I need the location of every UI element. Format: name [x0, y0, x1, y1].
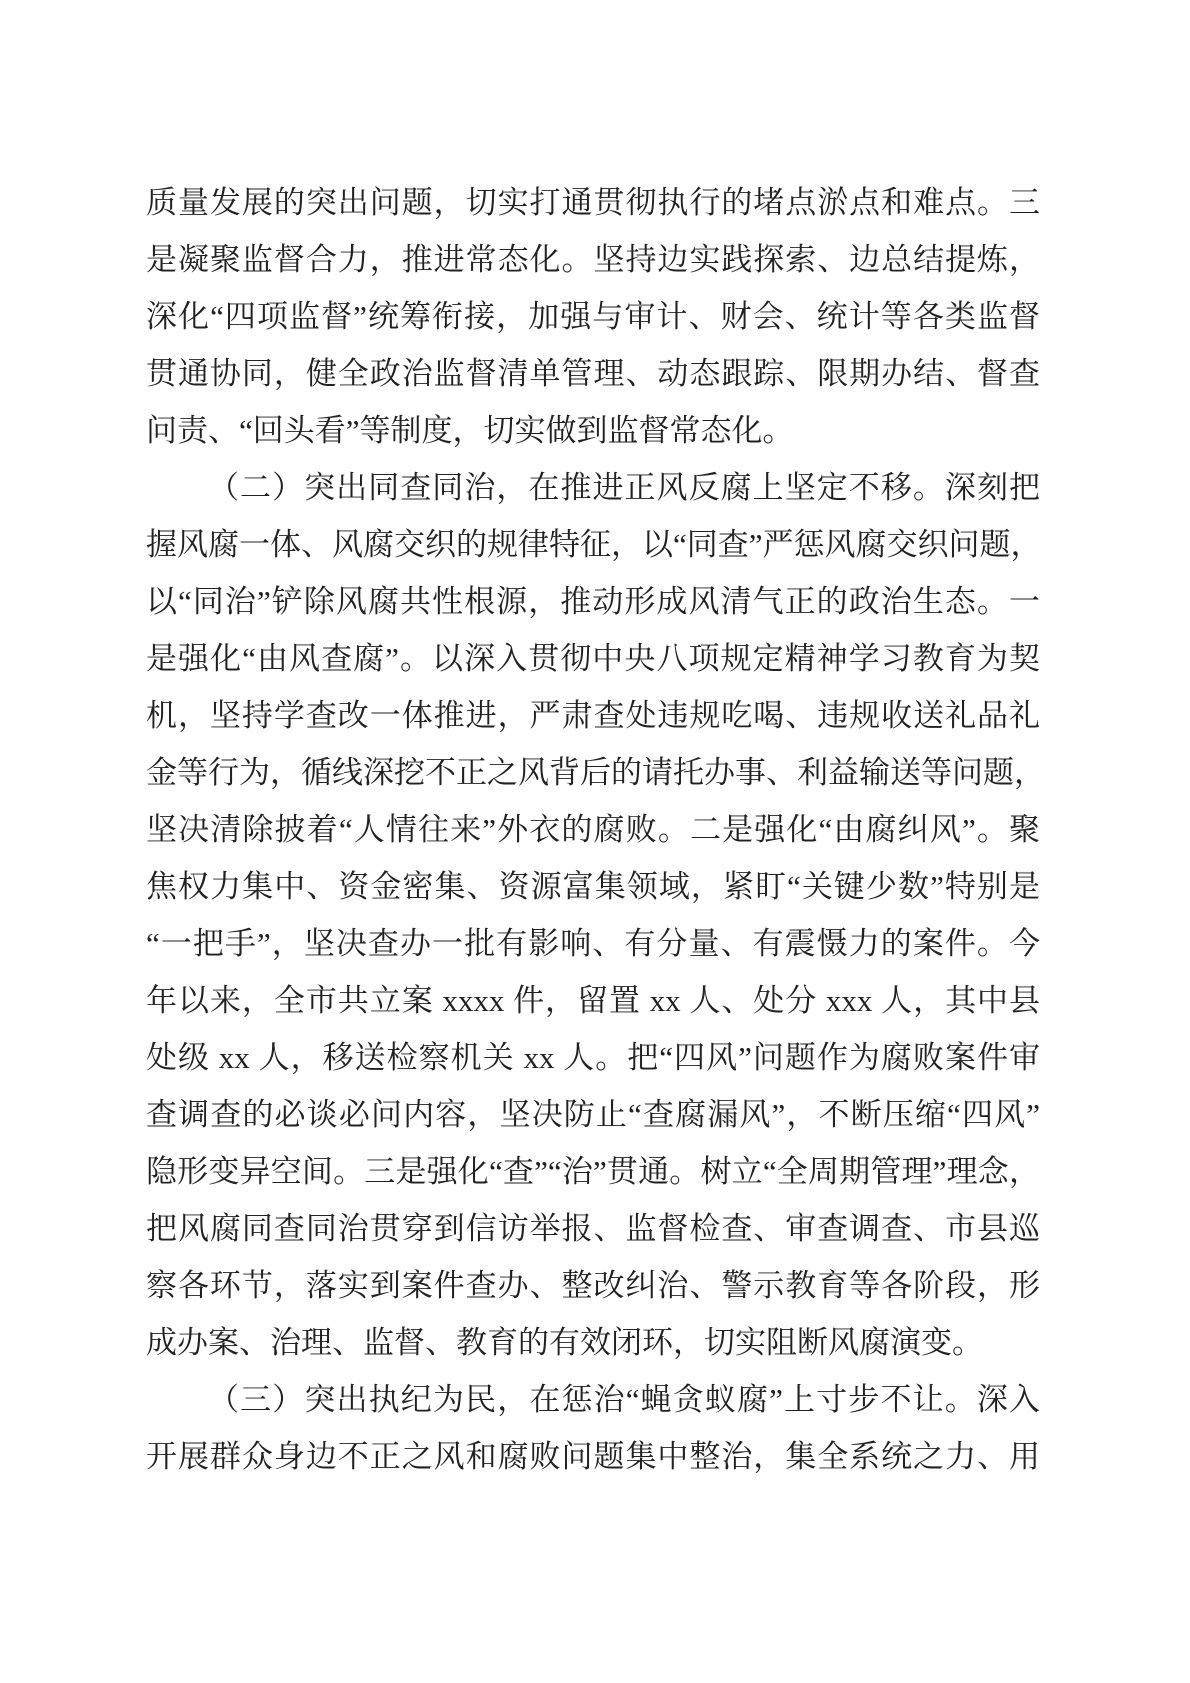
text-line: “一把手”，坚决查办一批有影响、有分量、有震慑力的案件。今: [146, 915, 1040, 972]
text-line: 焦权力集中、资金密集、资源富集领域，紧盯“关键少数”特别是: [146, 858, 1040, 915]
text-line: （二）突出同查同治，在推进正风反腐上坚定不移。深刻把: [146, 459, 1040, 516]
text-line: 年以来，全市共立案 xxxx 件，留置 xx 人、处分 xxx 人，其中县: [146, 972, 1040, 1029]
text-line: 机，坚持学查改一体推进，严肃查处违规吃喝、违规收送礼品礼: [146, 687, 1040, 744]
text-line: 查调查的必谈必问内容，坚决防止“查腐漏风”，不断压缩“四风”: [146, 1086, 1040, 1143]
text-line: （三）突出执纪为民，在惩治“蝇贪蚁腐”上寸步不让。深入: [146, 1371, 1040, 1428]
text-line: 贯通协同，健全政治监督清单管理、动态跟踪、限期办结、督查: [146, 345, 1040, 402]
document-page: 质量发展的突出问题，切实打通贯彻执行的堵点淤点和难点。三是凝聚监督合力，推进常态…: [0, 0, 1190, 1683]
text-line: 是强化“由风查腐”。以深入贯彻中央八项规定精神学习教育为契: [146, 630, 1040, 687]
text-line: 金等行为，循线深挖不正之风背后的请托办事、利益输送等问题，: [146, 744, 1040, 801]
text-line: 深化“四项监督”统筹衔接，加强与审计、财会、统计等各类监督: [146, 288, 1040, 345]
text-block: 质量发展的突出问题，切实打通贯彻执行的堵点淤点和难点。三是凝聚监督合力，推进常态…: [146, 174, 1040, 1485]
text-line: 处级 xx 人，移送检察机关 xx 人。把“四风”问题作为腐败案件审: [146, 1029, 1040, 1086]
text-line: 问责、“回头看”等制度，切实做到监督常态化。: [146, 402, 1040, 459]
text-line: 成办案、治理、监督、教育的有效闭环，切实阻断风腐演变。: [146, 1314, 1040, 1371]
text-line: 察各环节，落实到案件查办、整改纠治、警示教育等各阶段，形: [146, 1257, 1040, 1314]
text-line: 以“同治”铲除风腐共性根源，推动形成风清气正的政治生态。一: [146, 573, 1040, 630]
text-line: 开展群众身边不正之风和腐败问题集中整治，集全系统之力、用: [146, 1428, 1040, 1485]
text-line: 是凝聚监督合力，推进常态化。坚持边实践探索、边总结提炼，: [146, 231, 1040, 288]
text-line: 质量发展的突出问题，切实打通贯彻执行的堵点淤点和难点。三: [146, 174, 1040, 231]
text-line: 把风腐同查同治贯穿到信访举报、监督检查、审查调查、市县巡: [146, 1200, 1040, 1257]
text-line: 握风腐一体、风腐交织的规律特征，以“同查”严惩风腐交织问题，: [146, 516, 1040, 573]
text-line: 坚决清除披着“人情往来”外衣的腐败。二是强化“由腐纠风”。聚: [146, 801, 1040, 858]
text-line: 隐形变异空间。三是强化“查”“治”贯通。树立“全周期管理”理念，: [146, 1143, 1040, 1200]
